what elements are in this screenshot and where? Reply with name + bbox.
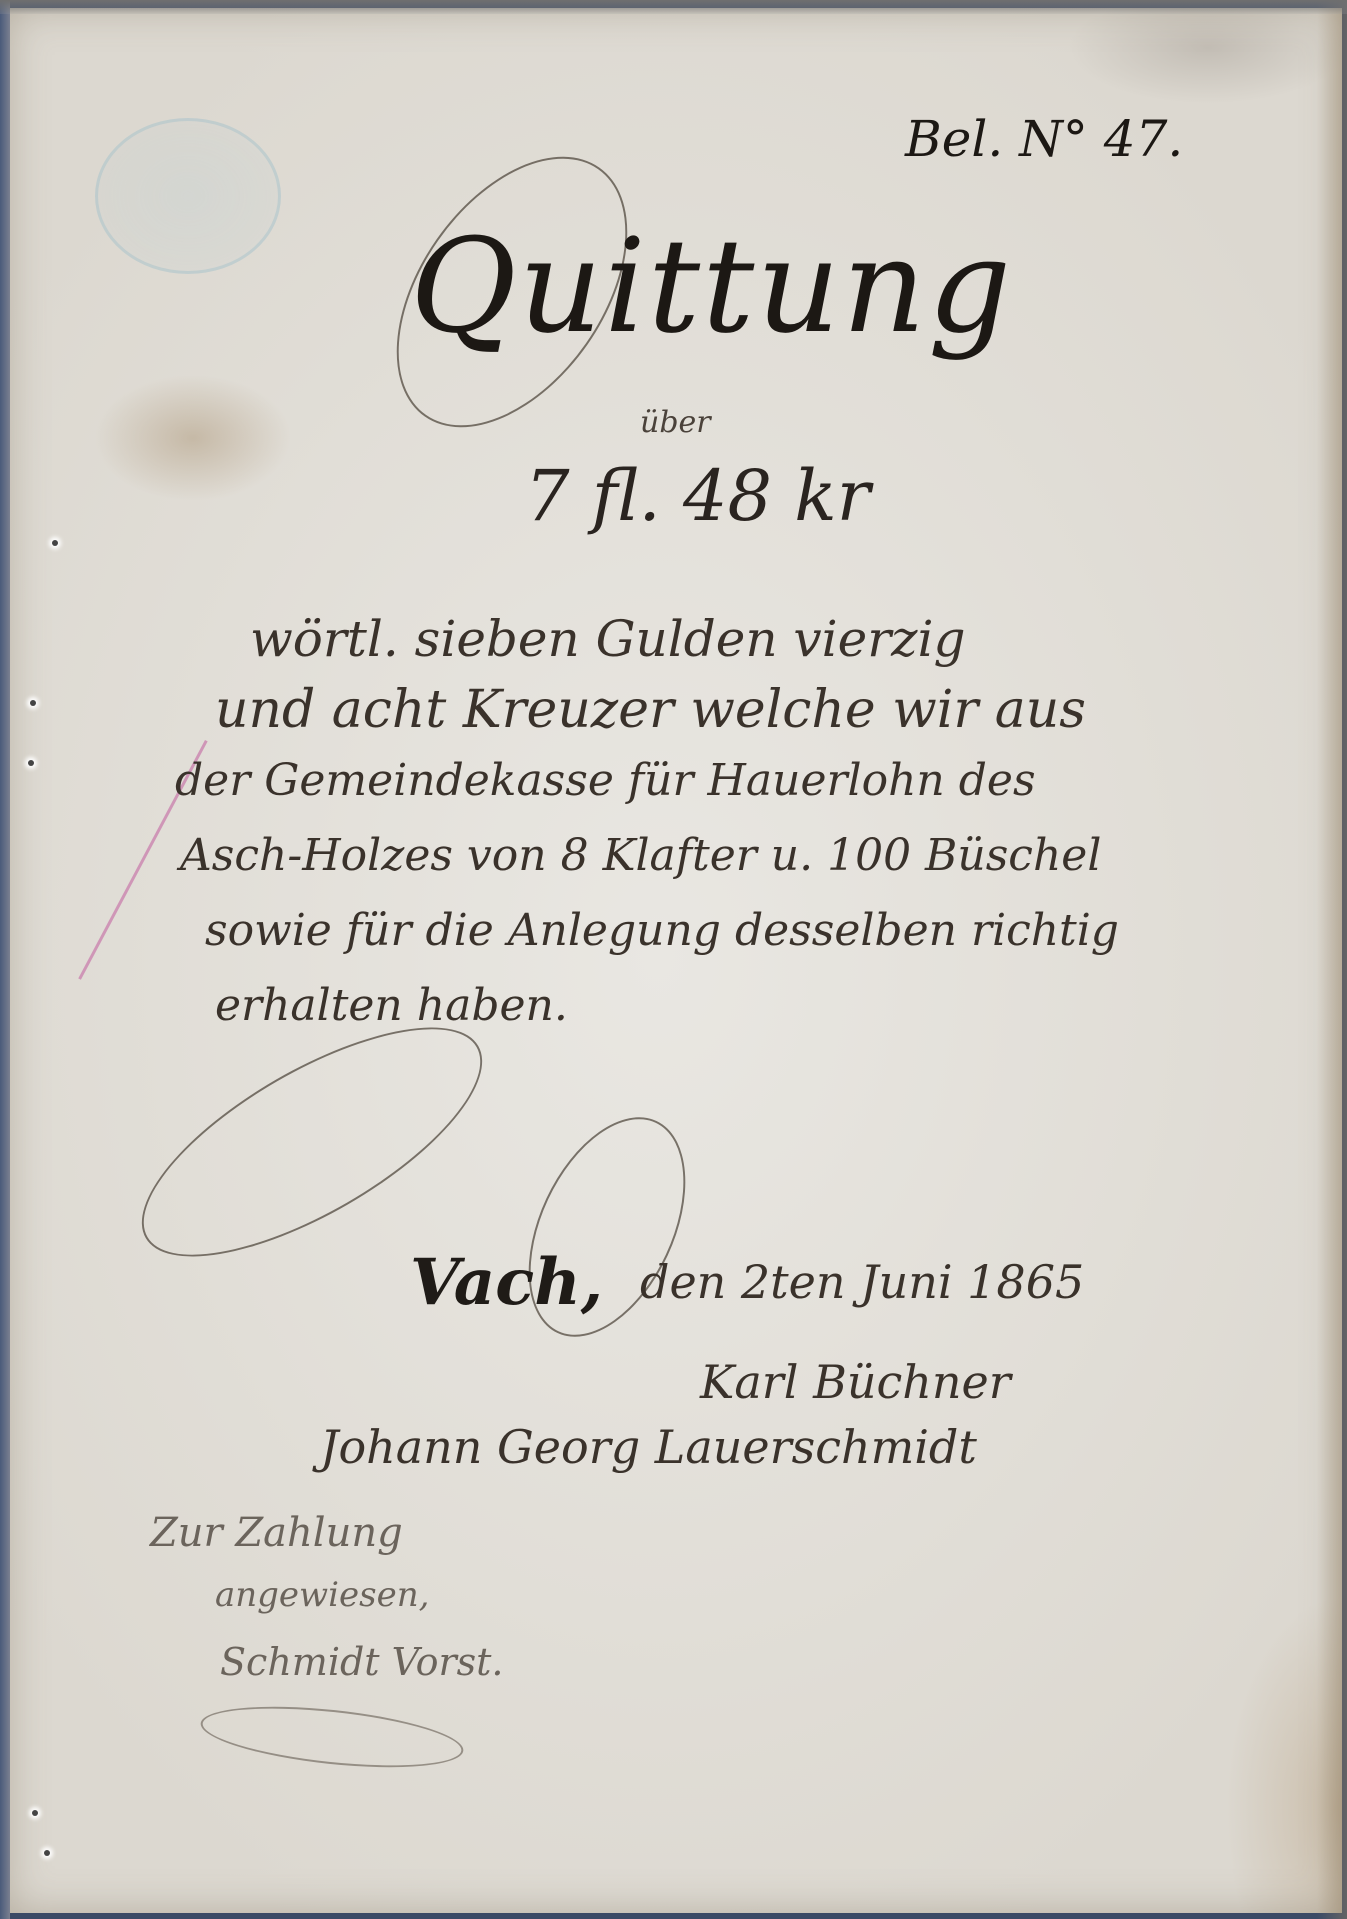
annotation-line-3: Schmidt Vorst. <box>220 1640 504 1684</box>
top-torn-edge <box>0 0 1347 14</box>
punch-hole-icon <box>30 700 36 706</box>
amount-text: 7 fl. 48 kr <box>525 455 870 537</box>
punch-hole-icon <box>32 1810 38 1816</box>
place-text: Vach, <box>410 1245 603 1320</box>
body-line-2: und acht Kreuzer welche wir aus <box>215 680 1086 740</box>
document-title: Quittung <box>410 210 1013 362</box>
body-line-5: sowie für die Anlegung desselben richtig <box>205 905 1119 956</box>
body-line-3: der Gemeindekasse für Hauerlohn des <box>175 755 1036 806</box>
left-edge-background <box>0 0 10 1919</box>
right-edge-stain <box>1317 0 1347 1919</box>
signature-johann: Johann Georg Lauerschmidt <box>320 1420 977 1474</box>
punch-hole-icon <box>52 540 58 546</box>
seal-stamp-icon <box>95 118 281 274</box>
annotation-line-1: Zur Zahlung <box>150 1510 403 1556</box>
body-line-1: wörtl. sieben Gulden vierzig <box>250 610 966 668</box>
preposition-text: über <box>640 405 711 440</box>
punch-hole-icon <box>28 760 34 766</box>
body-line-4: Asch-Holzes von 8 Klafter u. 100 Büschel <box>180 830 1101 881</box>
date-text: den 2ten Juni 1865 <box>640 1255 1084 1309</box>
annotation-line-2: angewiesen, <box>215 1575 429 1615</box>
body-line-6: erhalten haben. <box>215 980 568 1031</box>
reference-number: Bel. N° 47. <box>905 110 1183 168</box>
signature-karl: Karl Büchner <box>700 1355 1011 1409</box>
punch-hole-icon <box>44 1850 50 1856</box>
